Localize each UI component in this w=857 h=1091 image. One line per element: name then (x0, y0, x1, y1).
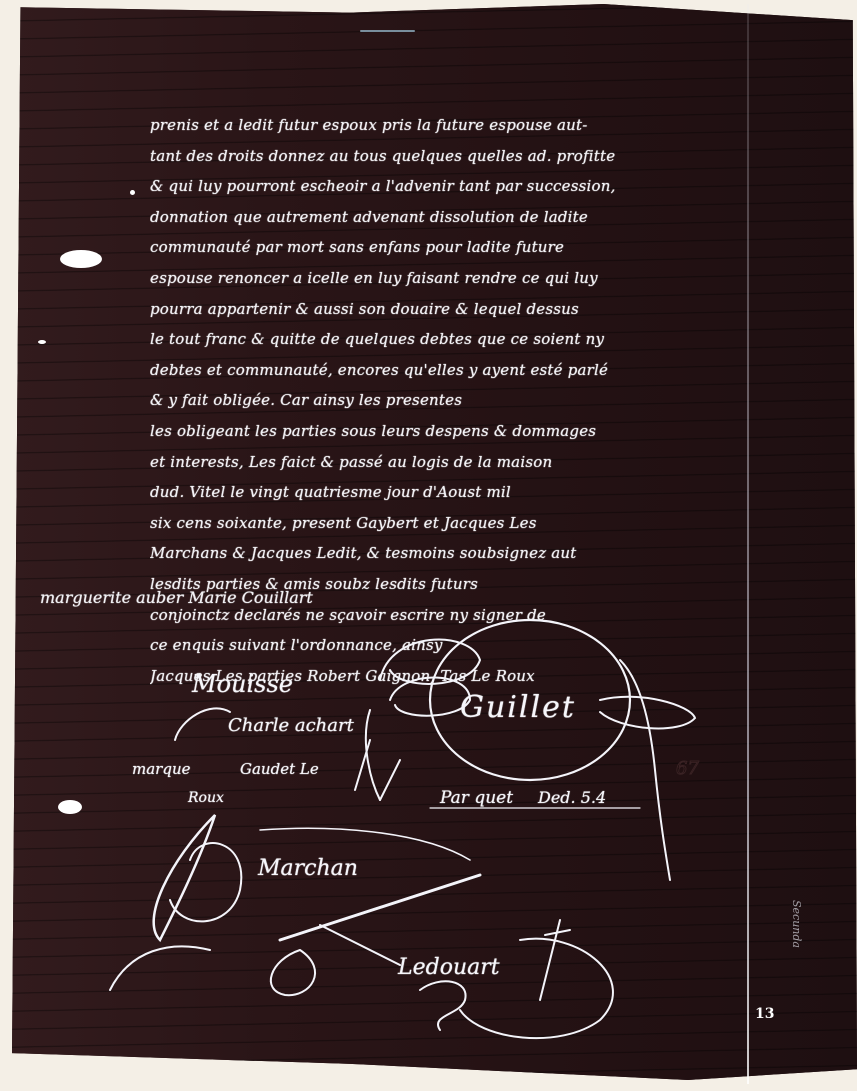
text-line: & y fait obligée. Car ainsy les presente… (150, 385, 730, 416)
signature-parquet-suffix: Ded. 5.4 (538, 788, 606, 807)
signature-charle-achart: Charle achart (228, 715, 354, 736)
text-line: Marchans & Jacques Ledit, & tesmoins sou… (150, 538, 730, 569)
text-line: communauté par mort sans enfans pour lad… (150, 232, 730, 263)
folio-number: 67 (676, 758, 699, 779)
text-line: six cens soixante, present Gaybert et Ja… (150, 508, 730, 539)
signature-mouisse: Mouisse (192, 670, 293, 698)
corner-mark: 13 (755, 1006, 774, 1022)
signature-guillet: Guillet (460, 690, 576, 725)
ink-blot (38, 340, 46, 344)
ink-blot (130, 190, 135, 195)
ink-mark (360, 30, 415, 32)
text-line: tant des droits donnez au tous quelques … (150, 141, 730, 172)
text-line: debtes et communauté, encores qu'elles y… (150, 355, 730, 386)
text-line: les obligeant les parties sous leurs des… (150, 416, 730, 447)
signature-parquet: Par quet (440, 788, 513, 808)
ink-blot (60, 250, 102, 268)
margin-note: Secunda (790, 900, 803, 948)
text-line: ce enquis suivant l'ordonnance, ainsy (150, 630, 730, 661)
text-line: & qui luy pourront escheoir a l'advenir … (150, 171, 730, 202)
signature-marchan: Marchan (258, 856, 358, 881)
text-line: espouse renoncer a icelle en luy faisant… (150, 263, 730, 294)
page-fold-line (747, 4, 749, 1084)
signature-roux: Roux (188, 790, 224, 806)
text-line: prenis et a ledit futur espoux pris la f… (150, 110, 730, 141)
text-line: dud. Vitel le vingt quatriesme jour d'Ao… (150, 477, 730, 508)
text-line: le tout franc & quitte de quelques debte… (150, 324, 730, 355)
signature-ledouart: Ledouart (398, 955, 500, 980)
signature-marque-label: marque (132, 760, 190, 778)
text-line: donnation que autrement advenant dissolu… (150, 202, 730, 233)
text-line: et interests, Les faict & passé au logis… (150, 447, 730, 478)
signature-gaudet: Gaudet Le (240, 760, 319, 778)
text-line: pourra appartenir & aussi son douaire & … (150, 294, 730, 325)
witness-names-line: marguerite auber Marie Couillart (40, 588, 313, 607)
ink-blot (58, 800, 82, 814)
